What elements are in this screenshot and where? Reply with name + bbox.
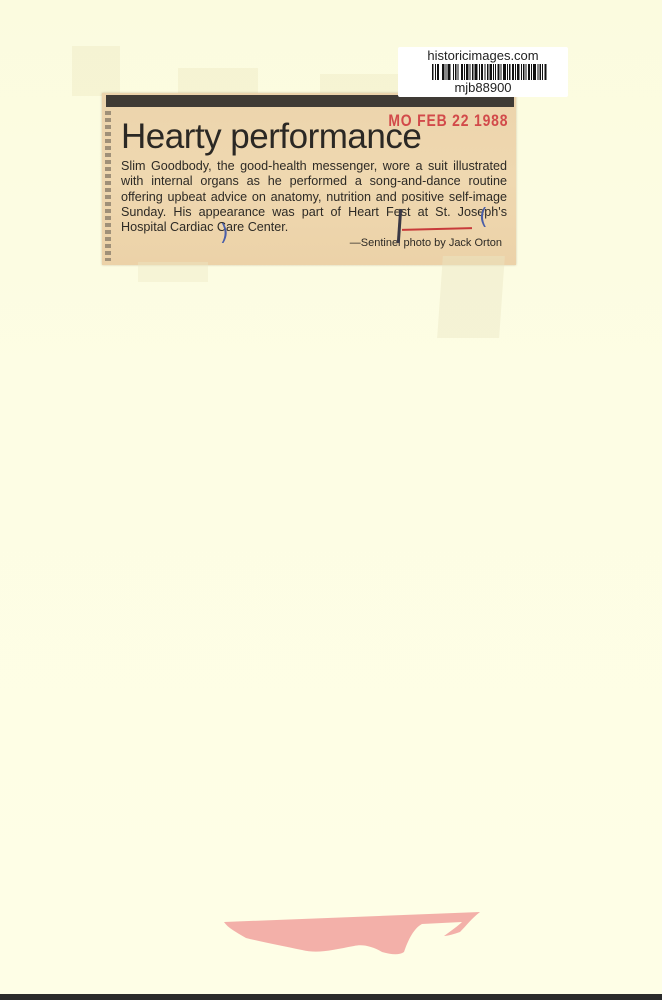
tape-piece	[72, 46, 120, 96]
clipping-perforation	[105, 111, 111, 261]
tape-piece	[138, 262, 208, 282]
tape-piece	[437, 256, 505, 338]
barcode-icon	[432, 64, 548, 80]
scan-bottom-edge	[0, 994, 662, 1000]
blue-pen-bracket: )	[220, 221, 229, 246]
headline: Hearty performance	[121, 117, 421, 157]
pink-crayon-mark	[222, 910, 484, 962]
newspaper-clipping: MO FEB 22 1988 Hearty performance Slim G…	[102, 93, 516, 265]
photo-credit: —Sentinel photo by Jack Orton	[350, 237, 502, 249]
blue-pen-bracket: (	[479, 205, 488, 230]
barcode-label: historicimages.com mjb88900	[398, 47, 568, 97]
label-site: historicimages.com	[398, 48, 568, 63]
label-id: mjb88900	[398, 80, 568, 95]
caption-text: Slim Goodbody, the good-health messenger…	[121, 159, 507, 235]
